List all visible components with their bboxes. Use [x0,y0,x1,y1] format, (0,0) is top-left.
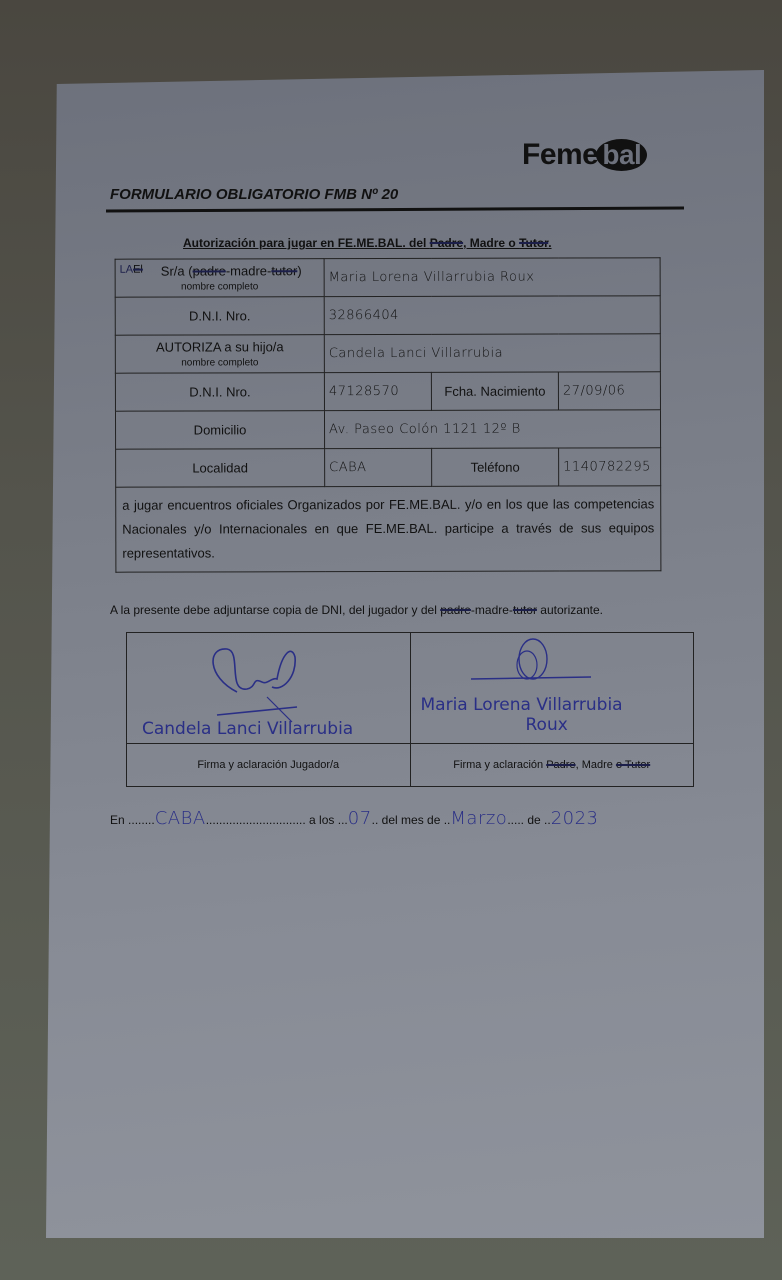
address-label: Domicilio [115,411,324,450]
address-field[interactable]: Av. Paseo Colón 1121 12º B [324,410,660,449]
form-subtitle: Autorización para jugar en FE.ME.BAL. de… [183,236,552,250]
child-dni-label: D.N.I. Nro. [115,373,324,412]
child-name-field[interactable]: Candela Lanci Villarrubia [324,334,660,373]
parent-printed-name-line1: Maria Lorena Villarrubia [421,695,623,715]
parent-name-field[interactable]: Maria Lorena Villarrubia Roux [324,258,660,297]
month-field[interactable]: Marzo [450,808,507,829]
parent-dni-field[interactable]: 32866404 [324,296,660,335]
birth-date-label: Fcha. Nacimiento [431,372,558,410]
phone-label: Teléfono [432,448,559,486]
parent-name-label: LAEl Sr/a (padre-madre-tutor) nombre com… [115,259,324,298]
phone-field[interactable]: 1140782295 [559,448,661,486]
attachment-note: A la presente debe adjuntarse copia de D… [110,603,603,617]
parent-signature-scribble [461,635,601,695]
player-printed-name: Candela Lanci Villarrubia [142,719,353,739]
parent-dni-label: D.N.I. Nro. [115,297,324,336]
address-row: Domicilio Av. Paseo Colón 1121 12º B [115,410,660,449]
form-title: FORMULARIO OBLIGATORIO FMB Nº 20 [110,186,398,203]
parent-name-row: LAEl Sr/a (padre-madre-tutor) nombre com… [115,258,660,297]
city-phone-row: Localidad CABA Teléfono 1140782295 [116,448,661,487]
child-dni-field[interactable]: 47128570 [324,372,431,410]
parent-signature-box[interactable]: Maria Lorena Villarrubia Roux [410,633,694,744]
paragraph-row: a jugar encuentros oficiales Organizados… [116,486,661,572]
day-field[interactable]: 07 [348,808,372,829]
parent-printed-name-line2: Roux [526,715,568,735]
authorization-paragraph: a jugar encuentros oficiales Organizados… [116,486,661,572]
signature-table: Candela Lanci Villarrubia Maria Lorena V… [126,632,694,787]
child-dni-row: D.N.I. Nro. 47128570 Fcha. Nacimiento 27… [115,372,660,411]
parent-signature-caption: Firma y aclaración Padre, Madre o Tutor [410,744,694,787]
city-label: Localidad [116,449,325,488]
parent-dni-row: D.N.I. Nro. 32866404 [115,296,660,335]
authorization-table: LAEl Sr/a (padre-madre-tutor) nombre com… [115,257,662,572]
place-field[interactable]: CABA [155,808,206,829]
child-name-row: AUTORIZA a su hijo/a nombre completo Can… [115,334,660,373]
birth-date-field[interactable]: 27/09/06 [558,372,660,410]
date-place-line: En ........CABA.........................… [110,808,599,829]
player-signature-box[interactable]: Candela Lanci Villarrubia [127,633,411,744]
city-field[interactable]: CABA [325,448,432,486]
child-name-label: AUTORIZA a su hijo/a nombre completo [115,335,324,374]
player-signature-caption: Firma y aclaración Jugador/a [127,744,411,787]
femebal-logo: Femebal [522,138,647,172]
year-field[interactable]: 2023 [551,808,599,829]
player-signature-scribble [197,637,317,727]
